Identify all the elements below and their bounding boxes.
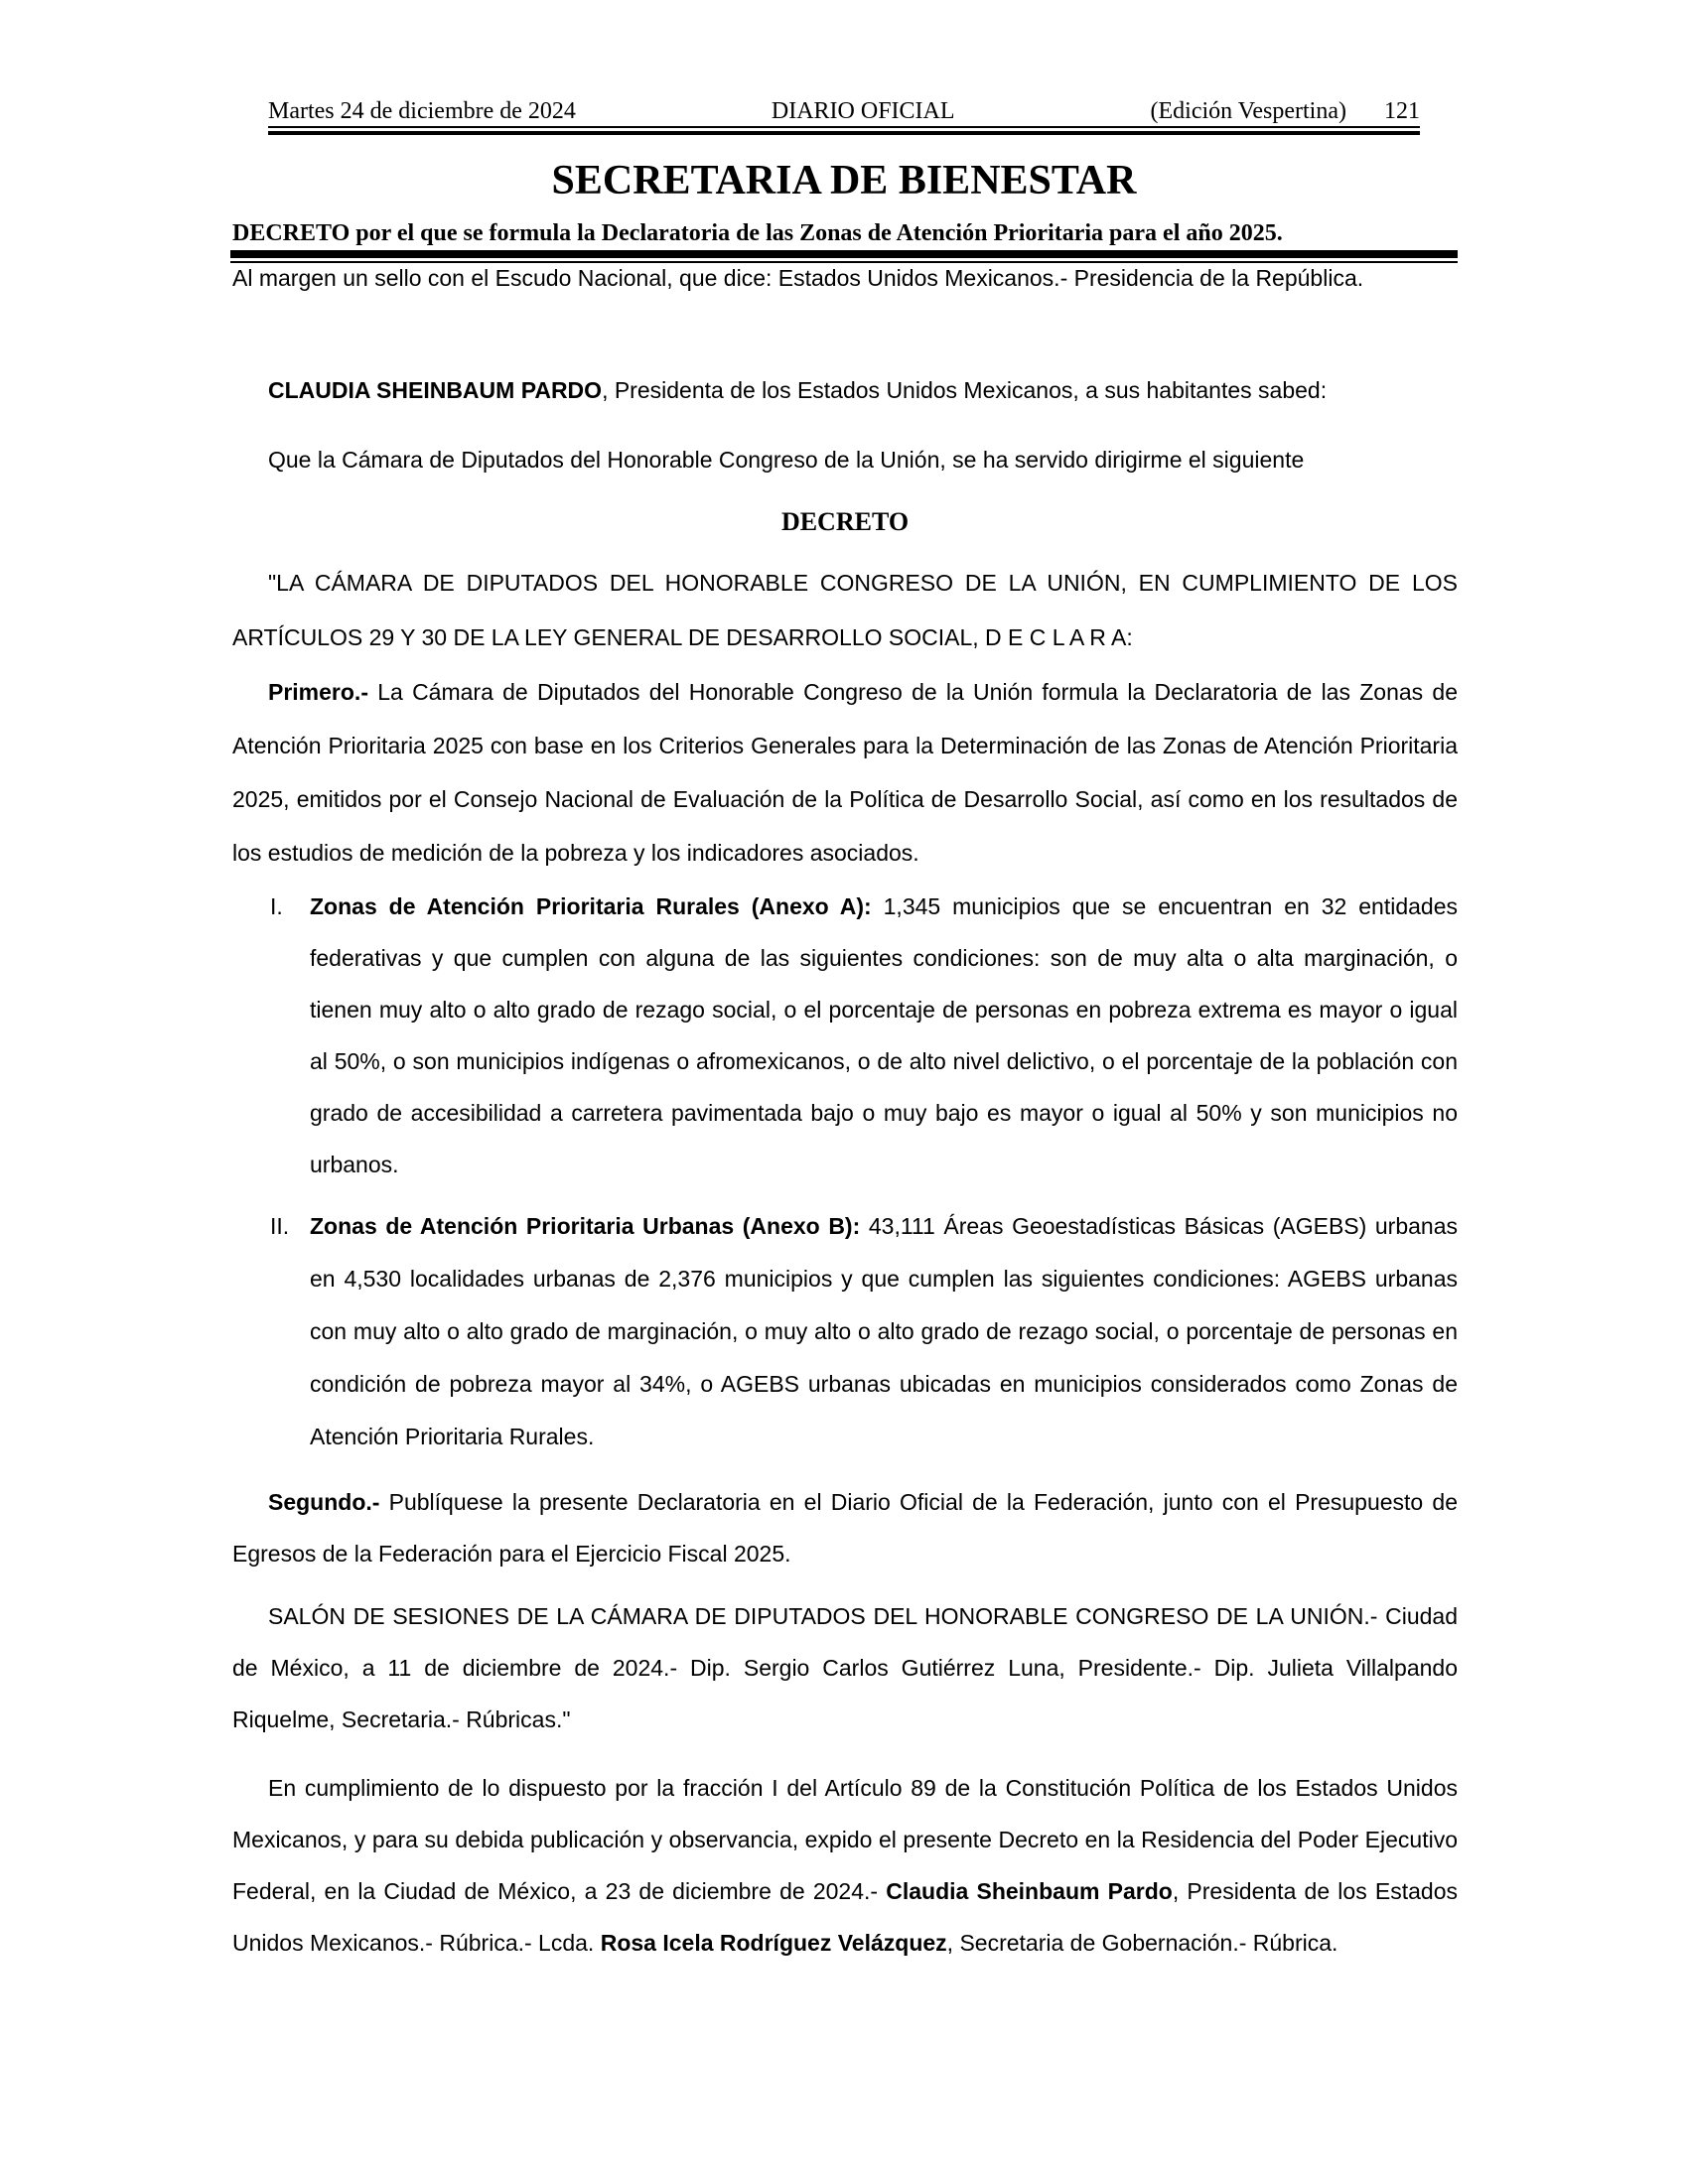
list-item: II.Zonas de Atención Prioritaria Urbanas… — [232, 1200, 1458, 1463]
text-run: 1,345 municipios que se encuentran en 32… — [310, 893, 1458, 1177]
paragraph: SALÓN DE SESIONES DE LA CÁMARA DE DIPUTA… — [232, 1590, 1458, 1745]
page: Martes 24 de diciembre de 2024 DIARIO OF… — [0, 0, 1688, 2184]
text-run: SALÓN DE SESIONES DE LA CÁMARA DE DIPUTA… — [232, 1603, 1458, 1732]
text-run: Al margen un sello con el Escudo Naciona… — [232, 265, 1363, 291]
paragraph: Primero.- La Cámara de Diputados del Hon… — [232, 665, 1458, 880]
header-double-rule — [268, 126, 1420, 135]
text-run: "LA CÁMARA DE DIPUTADOS DEL HONORABLE CO… — [232, 570, 1458, 650]
page-title: SECRETARIA DE BIENESTAR — [0, 157, 1688, 205]
decree-summary: DECRETO por el que se formula la Declara… — [232, 219, 1458, 247]
header-edition-page: (Edición Vespertina)121 — [1151, 97, 1421, 125]
text-run: CLAUDIA SHEINBAUM PARDO — [268, 377, 602, 403]
text-run: , Presidenta de los Estados Unidos Mexic… — [602, 377, 1327, 403]
text-run: Primero.- — [268, 679, 368, 705]
list-item: I.Zonas de Atención Prioritaria Rurales … — [232, 881, 1458, 1190]
text-run: Zonas de Atención Prioritaria Urbanas (A… — [310, 1213, 860, 1239]
paragraph: Al margen un sello con el Escudo Naciona… — [232, 263, 1458, 293]
paragraph: Segundo.- Publíquese la presente Declara… — [232, 1476, 1458, 1579]
text-run: DECRETO — [781, 507, 909, 536]
paragraph: En cumplimiento de lo dispuesto por la f… — [232, 1762, 1458, 1969]
paragraph: CLAUDIA SHEINBAUM PARDO, Presidenta de l… — [232, 364, 1458, 417]
summary-rule — [230, 250, 1458, 263]
decree-heading: DECRETO — [232, 494, 1458, 550]
paragraph: Que la Cámara de Diputados del Honorable… — [232, 434, 1458, 486]
text-run: Zonas de Atención Prioritaria Rurales (A… — [310, 893, 872, 919]
header-date: Martes 24 de diciembre de 2024 — [268, 97, 576, 125]
text-run: Publíquese la presente Declaratoria en e… — [232, 1489, 1458, 1567]
text-run: Claudia Sheinbaum Pardo — [886, 1878, 1173, 1904]
text-run: Segundo.- — [268, 1489, 379, 1515]
text-run: , Secretaria de Gobernación.- Rúbrica. — [947, 1930, 1338, 1956]
header-edition: (Edición Vespertina) — [1151, 98, 1347, 124]
list-marker: I. — [270, 881, 283, 932]
text-run: Que la Cámara de Diputados del Honorable… — [268, 447, 1304, 473]
paragraph: "LA CÁMARA DE DIPUTADOS DEL HONORABLE CO… — [232, 556, 1458, 665]
text-run: La Cámara de Diputados del Honorable Con… — [232, 679, 1458, 866]
text-run: Rosa Icela Rodríguez Velázquez — [601, 1930, 947, 1956]
header-publication: DIARIO OFICIAL — [772, 97, 955, 125]
text-run: 43,111 Áreas Geoestadísticas Básicas (AG… — [310, 1213, 1458, 1449]
running-header: Martes 24 de diciembre de 2024 DIARIO OF… — [268, 97, 1420, 125]
thick-rule — [230, 250, 1458, 258]
header-page-number: 121 — [1384, 98, 1420, 124]
list-marker: II. — [270, 1200, 289, 1253]
